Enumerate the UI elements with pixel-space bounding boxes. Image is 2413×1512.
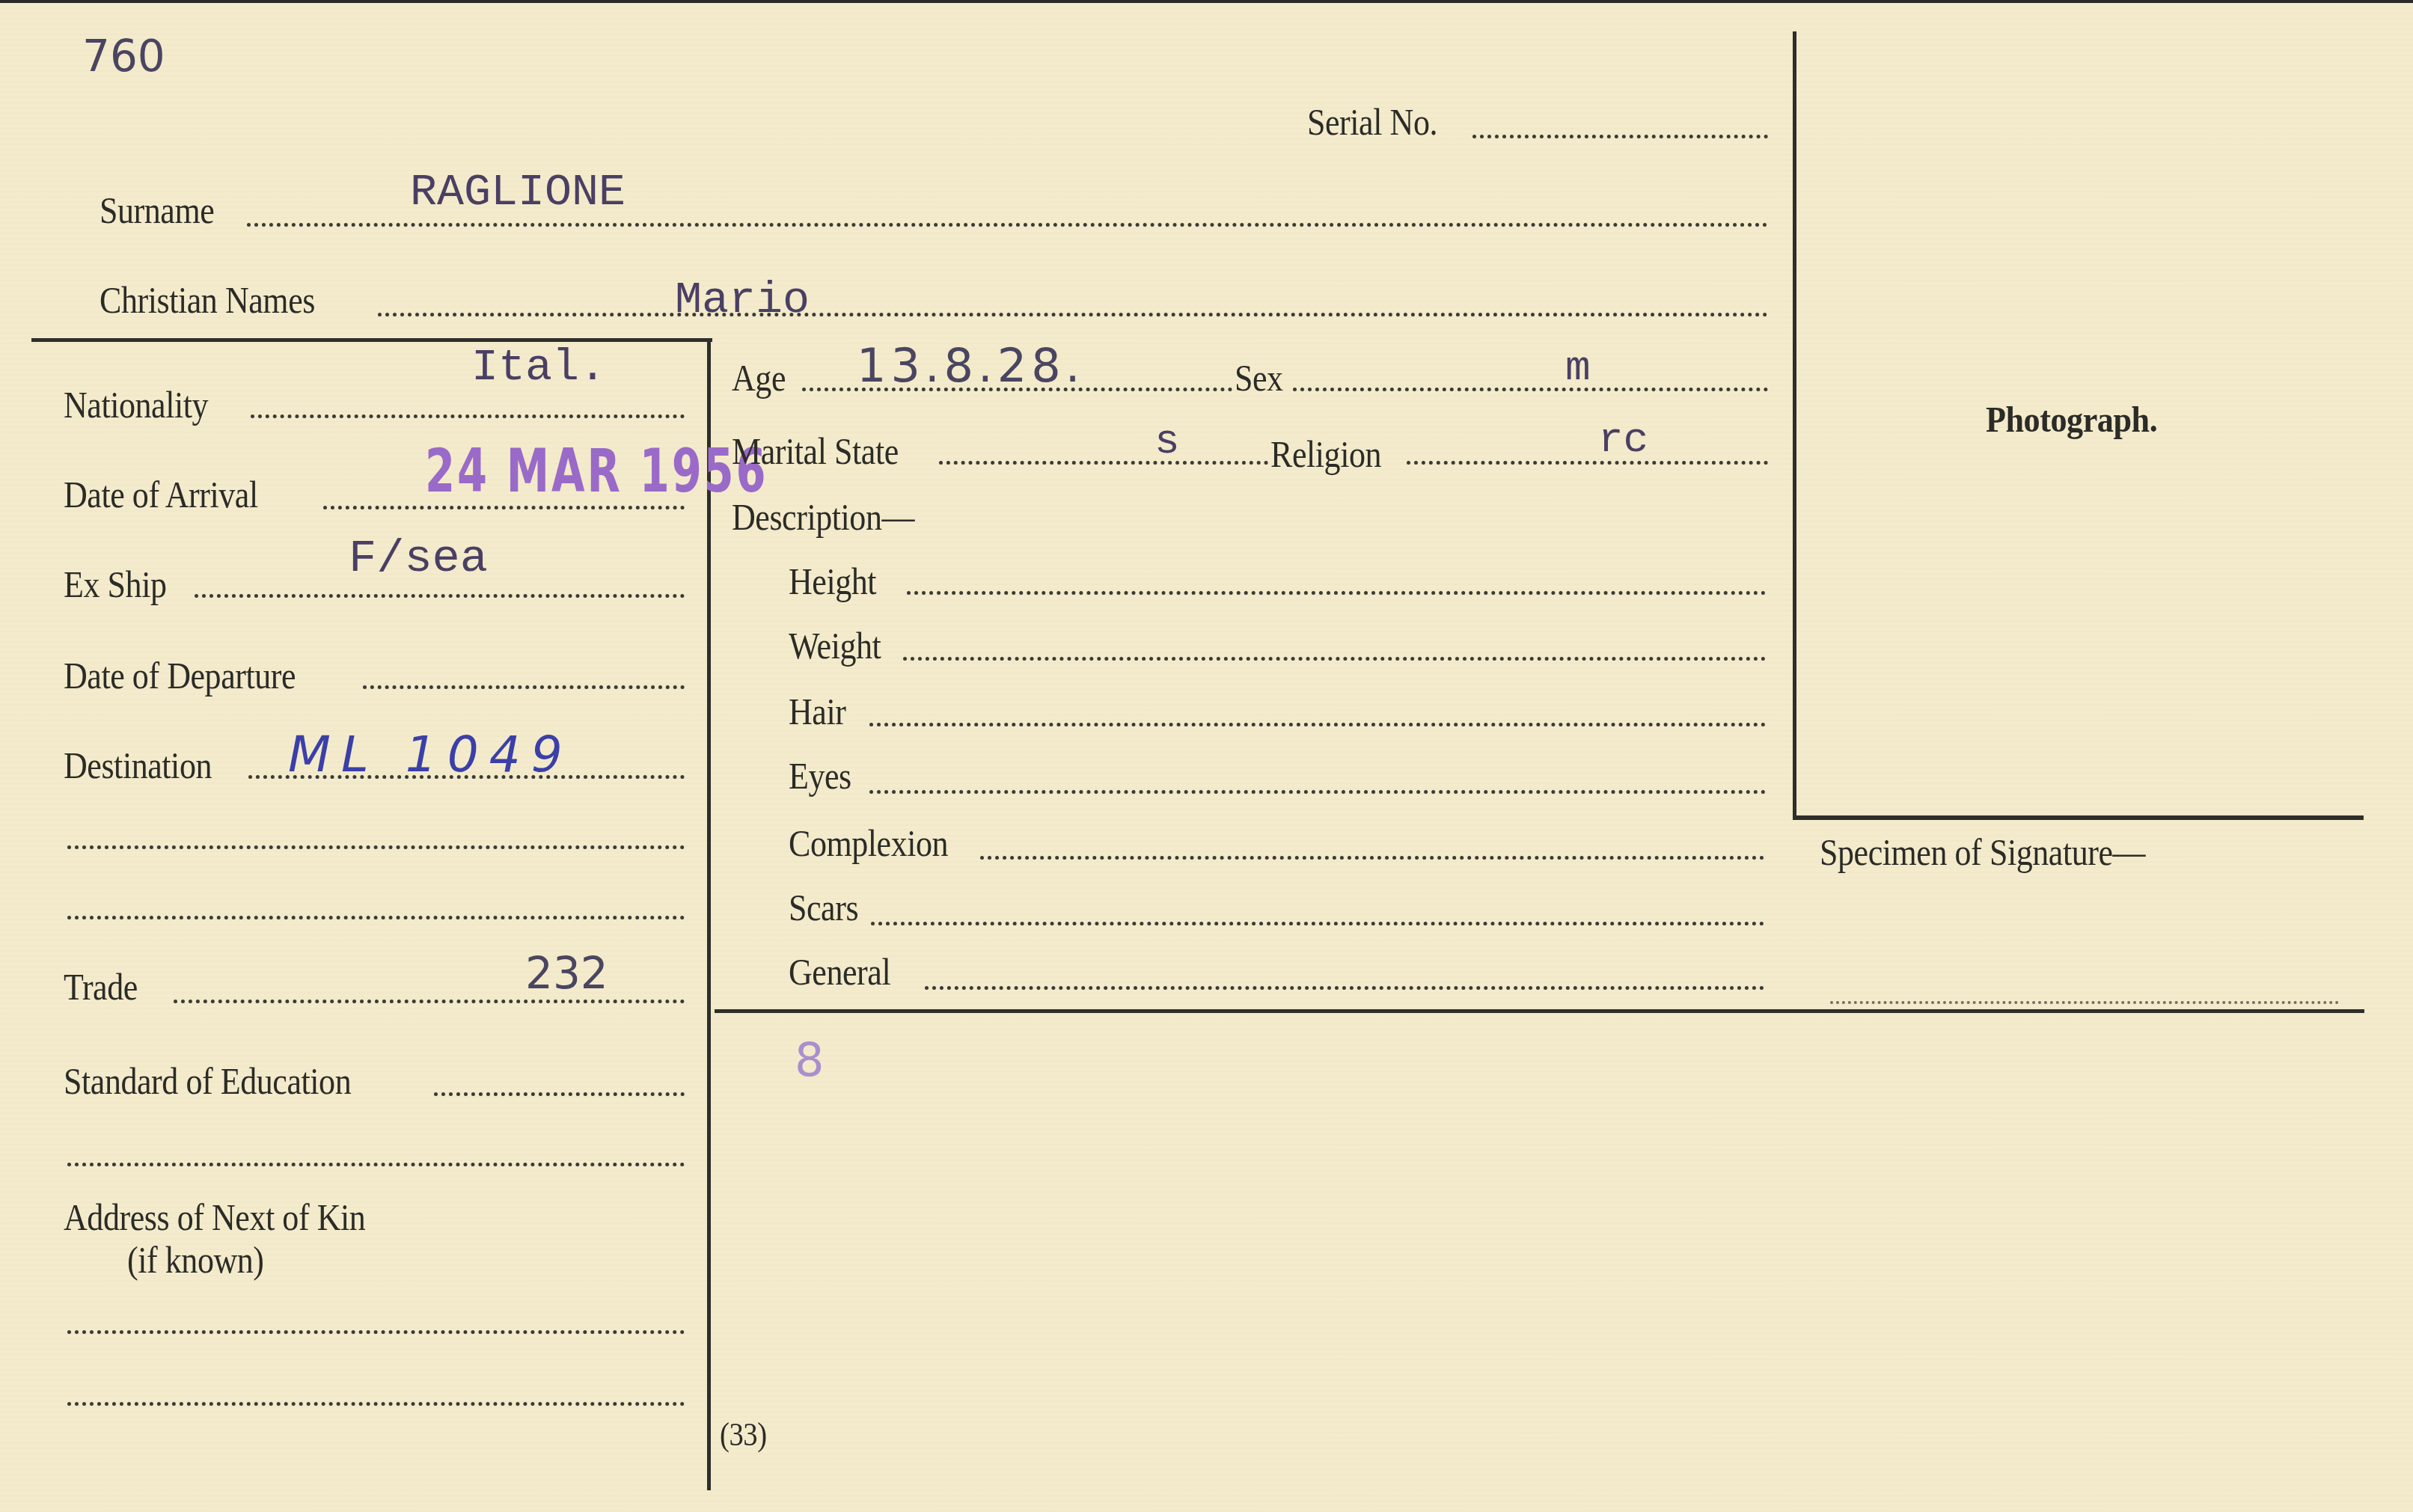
form-number: (33) — [720, 1418, 767, 1451]
serial-no-field[interactable] — [1472, 135, 1768, 138]
hair-field[interactable] — [869, 723, 1766, 726]
destination-label: Destination — [64, 747, 212, 784]
hair-label: Hair — [789, 693, 845, 730]
next-of-kin-label: Address of Next of Kin — [64, 1199, 365, 1236]
standard-of-education-label: Standard of Education — [64, 1062, 351, 1100]
trade-field[interactable] — [174, 1000, 685, 1003]
height-label: Height — [789, 563, 876, 600]
next-of-kin-line-2[interactable] — [67, 1402, 685, 1406]
photograph-area — [1797, 33, 2364, 815]
scars-field[interactable] — [871, 922, 1764, 925]
weight-label: Weight — [789, 627, 881, 664]
general-field[interactable] — [925, 986, 1764, 990]
nationality-value: Ital. — [471, 346, 606, 391]
next-of-kin-line-1[interactable] — [67, 1330, 685, 1334]
ex-ship-field[interactable] — [195, 594, 685, 598]
marital-state-label: Marital State — [732, 432, 899, 470]
standard-of-education-line-2[interactable] — [67, 1163, 685, 1166]
surname-label: Surname — [100, 192, 214, 229]
religion-label: Religion — [1270, 435, 1381, 473]
nationality-field[interactable] — [251, 414, 685, 418]
general-label: General — [789, 953, 890, 991]
date-of-arrival-field[interactable] — [323, 506, 685, 509]
divider-left-vertical — [707, 338, 711, 1490]
weight-field[interactable] — [903, 657, 1766, 661]
christian-names-label: Christian Names — [100, 281, 315, 319]
signature-label: Specimen of Signature— — [1820, 833, 2145, 871]
signature-field[interactable] — [1830, 1001, 2339, 1004]
ex-ship-value: F/sea — [349, 536, 488, 582]
complexion-field[interactable] — [980, 856, 1764, 860]
religion-field[interactable] — [1407, 461, 1768, 465]
height-field[interactable] — [907, 591, 1766, 595]
standard-of-education-field[interactable] — [434, 1092, 685, 1096]
destination-value: ML 1049 — [288, 730, 573, 780]
age-label: Age — [732, 359, 786, 397]
card-number: 760 — [82, 34, 165, 78]
religion-value: rc — [1598, 419, 1648, 461]
sex-label: Sex — [1235, 359, 1283, 397]
eyes-label: Eyes — [789, 757, 851, 795]
surname-value: RAGLIONE — [410, 171, 626, 215]
destination-extra-line-2[interactable] — [67, 916, 685, 919]
note-mark: 8 — [795, 1037, 824, 1083]
scars-label: Scars — [789, 889, 858, 926]
marital-state-field[interactable] — [939, 461, 1268, 465]
marital-state-value: s — [1154, 420, 1180, 462]
date-of-arrival-label: Date of Arrival — [64, 476, 258, 513]
sex-value: m — [1565, 347, 1591, 389]
ex-ship-label: Ex Ship — [64, 566, 167, 603]
date-of-departure-label: Date of Departure — [64, 657, 296, 694]
christian-names-value: Mario — [675, 278, 810, 323]
divider-photo-bottom — [1793, 815, 2364, 820]
divider-description-bottom — [715, 1009, 2364, 1013]
surname-field[interactable] — [247, 223, 1768, 227]
destination-extra-line-1[interactable] — [67, 845, 685, 849]
complexion-label: Complexion — [789, 824, 948, 862]
trade-value: 232 — [525, 952, 608, 995]
description-heading: Description— — [732, 498, 914, 536]
nationality-label: Nationality — [64, 386, 208, 423]
alien-registration-card: 760 Serial No. Surname RAGLIONE Christia… — [0, 0, 2413, 1512]
date-of-arrival-stamp: 24 MAR 1956 — [425, 441, 768, 501]
christian-names-field[interactable] — [378, 313, 1768, 316]
eyes-field[interactable] — [869, 790, 1766, 794]
divider-photo-vertical — [1793, 31, 1796, 817]
serial-no-label: Serial No. — [1307, 103, 1437, 141]
sex-field[interactable] — [1293, 388, 1768, 391]
divider-left-top — [31, 338, 712, 342]
age-value: 13.8.28. — [857, 343, 1084, 389]
date-of-departure-field[interactable] — [363, 685, 685, 689]
trade-label: Trade — [64, 968, 138, 1006]
next-of-kin-sublabel: (if known) — [127, 1241, 264, 1279]
